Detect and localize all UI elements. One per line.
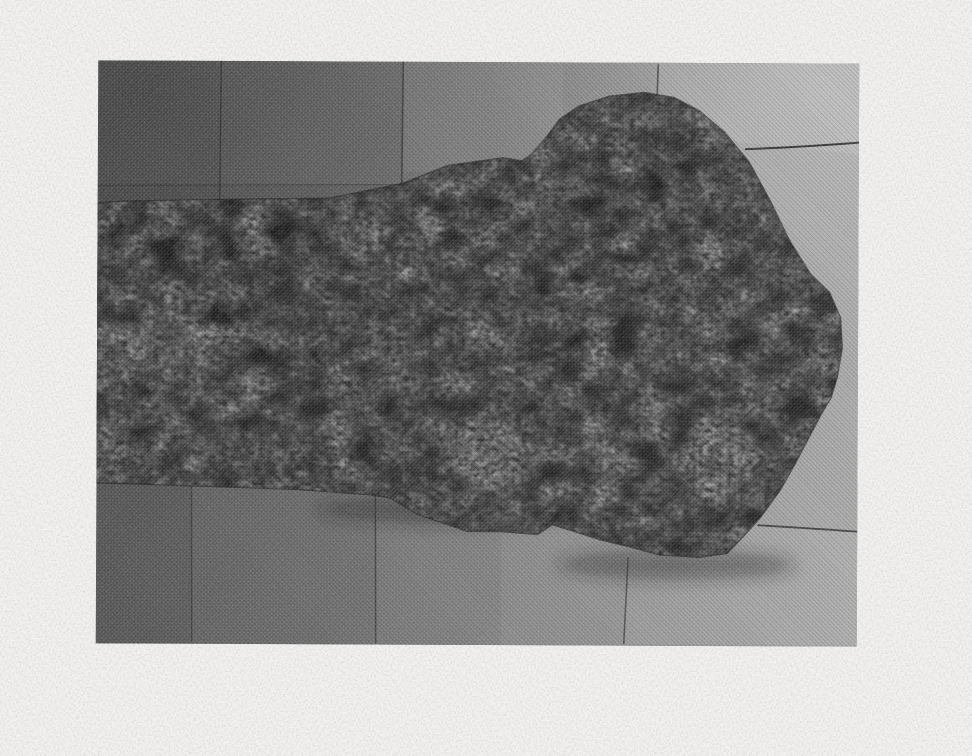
photo-canvas [96, 60, 860, 646]
page-background [0, 0, 972, 756]
halftone-sparkle [96, 60, 860, 646]
halftone-photograph [96, 60, 860, 646]
